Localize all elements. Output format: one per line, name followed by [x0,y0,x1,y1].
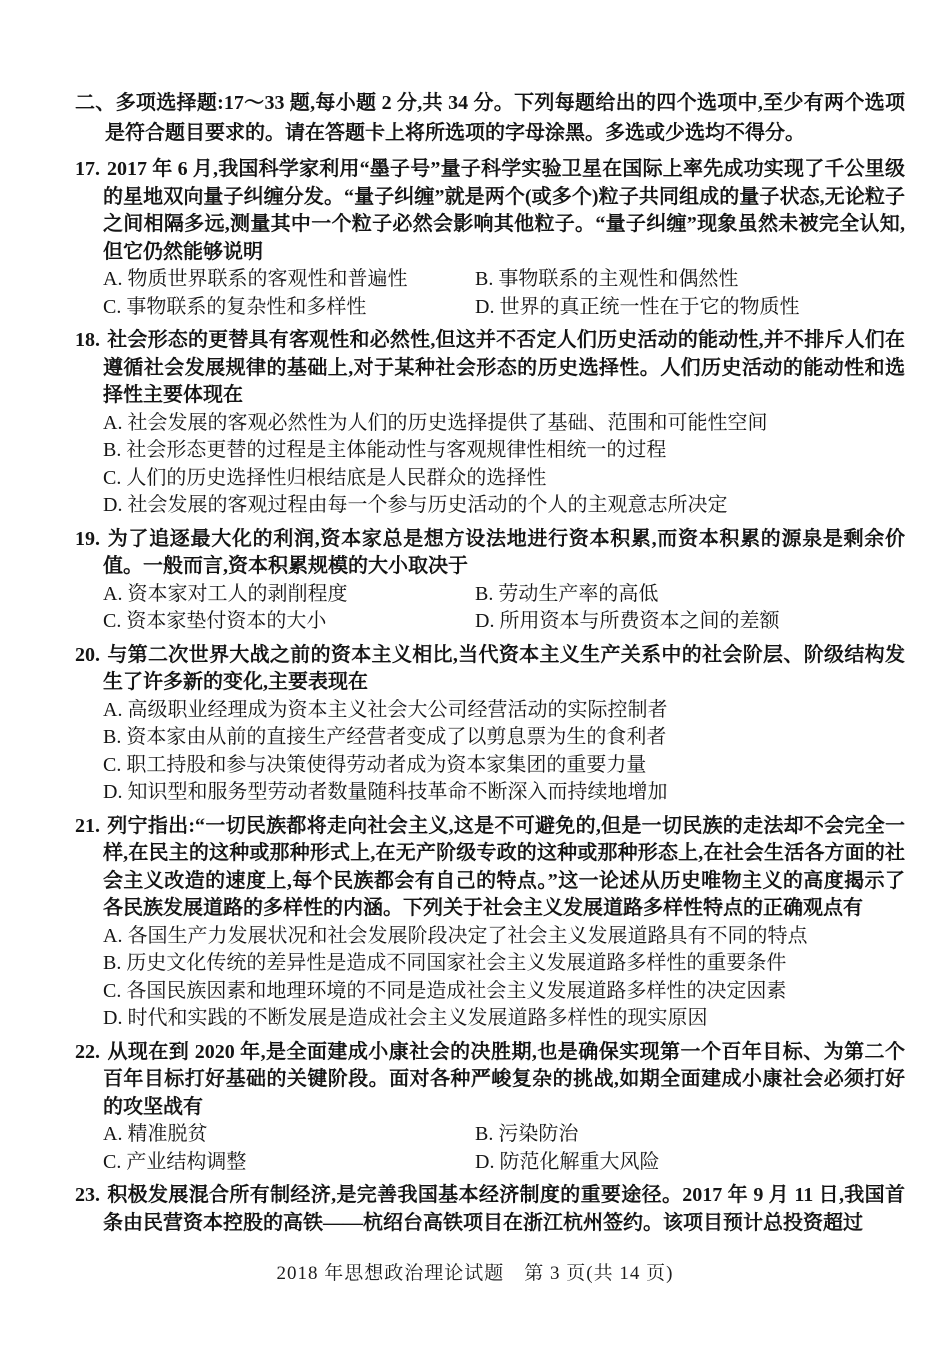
option-D: D.时代和实践的不断发展是造成社会主义发展道路多样性的现实原因 [103,1005,905,1033]
option-A: A.精准脱贫 [103,1121,475,1149]
option-D: D.所用资本与所费资本之间的差额 [475,608,905,636]
option-label: B. [103,439,126,461]
scanned-exam-page: { "colors": { "paper": "#ffffff", "ink":… [0,0,950,1358]
option-text: 污染防治 [498,1123,578,1145]
question-stem-text: 从现在到 2020 年,是全面建成小康社会的决胜期,也是确保实现第一个百年目标、… [103,1041,905,1118]
option-label: D. [475,296,499,318]
options: A.高级职业经理成为资本主义社会大公司经营活动的实际控制者B.资本家由从前的直接… [75,697,905,807]
option-label: A. [103,925,127,947]
question-number: 23. [75,1184,107,1206]
options: A.各国生产力发展状况和社会发展阶段决定了社会主义发展道路具有不同的特点B.历史… [75,923,905,1033]
option-label: C. [103,467,126,489]
option-B: B.社会形态更替的过程是主体能动性与客观规律性相统一的过程 [103,437,905,465]
option-label: B. [475,583,498,605]
option-label: B. [475,268,498,290]
question-stem-text: 列宁指出:“一切民族都将走向社会主义,这是不可避免的,但是一切民族的走法却不会完… [103,815,905,920]
page-footer: 2018 年思想政治理论试题 第 3 页(共 14 页) [0,1258,950,1285]
question-stem: 18.社会形态的更替具有客观性和必然性,但这并不否定人们历史活动的能动性,并不排… [75,327,905,410]
option-label: A. [103,412,127,434]
option-text: 高级职业经理成为资本主义社会大公司经营活动的实际控制者 [127,699,667,721]
exam-content: 二、多项选择题:17～33 题,每小题 2 分,共 34 分。下列每题给出的四个… [75,88,905,1243]
option-label: D. [103,781,127,803]
option-C: C.人们的历史选择性归根结底是人民群众的选择性 [103,465,905,493]
option-A: A.物质世界联系的客观性和普遍性 [103,266,475,294]
option-text: 产业结构调整 [126,1151,246,1173]
question-number: 17. [75,158,107,180]
option-B: B.事物联系的主观性和偶然性 [475,266,905,294]
question-number: 21. [75,815,107,837]
option-label: D. [103,1007,127,1029]
option-text: 世界的真正统一性在于它的物质性 [499,296,799,318]
option-label: A. [103,699,127,721]
option-C: C.职工持股和参与决策使得劳动者成为资本家集团的重要力量 [103,752,905,780]
option-text: 各国民族因素和地理环境的不同是造成社会主义发展道路多样性的决定因素 [126,980,786,1002]
option-label: C. [103,1151,126,1173]
question-stem: 21.列宁指出:“一切民族都将走向社会主义,这是不可避免的,但是一切民族的走法却… [75,813,905,923]
option-label: D. [475,1151,499,1173]
option-label: D. [475,610,499,632]
option-text: 各国生产力发展状况和社会发展阶段决定了社会主义发展道路具有不同的特点 [127,925,807,947]
option-text: 历史文化传统的差异性是造成不同国家社会主义发展道路多样性的重要条件 [126,952,786,974]
option-text: 资本家对工人的剥削程度 [127,583,347,605]
option-text: 人们的历史选择性归根结底是人民群众的选择性 [126,467,546,489]
option-text: 物质世界联系的客观性和普遍性 [127,268,407,290]
option-label: A. [103,268,127,290]
question-number: 20. [75,644,107,666]
option-text: 资本家由从前的直接生产经营者变成了以剪息票为生的食利者 [126,726,666,748]
option-text: 劳动生产率的高低 [498,583,658,605]
option-C: C.事物联系的复杂性和多样性 [103,294,475,322]
option-D: D.知识型和服务型劳动者数量随科技革命不断深入而持续地增加 [103,779,905,807]
question-23: 23.积极发展混合所有制经济,是完善我国基本经济制度的重要途径。2017 年 9… [75,1182,905,1237]
question-list: 17.2017 年 6 月,我国科学家利用“墨子号”量子科学实验卫星在国际上率先… [75,156,905,1237]
question-stem-text: 与第二次世界大战之前的资本主义相比,当代资本主义生产关系中的社会阶层、阶级结构发… [103,644,905,694]
option-text: 社会发展的客观过程由每一个参与历史活动的个人的主观意志所决定 [127,494,727,516]
option-B: B.劳动生产率的高低 [475,581,905,609]
option-C: C.产业结构调整 [103,1149,475,1177]
question-stem-text: 2017 年 6 月,我国科学家利用“墨子号”量子科学实验卫星在国际上率先成功实… [103,158,905,263]
option-D: D.社会发展的客观过程由每一个参与历史活动的个人的主观意志所决定 [103,492,905,520]
option-text: 事物联系的复杂性和多样性 [126,296,366,318]
option-text: 资本家垫付资本的大小 [126,610,326,632]
option-C: C.资本家垫付资本的大小 [103,608,475,636]
section-header: 二、多项选择题:17～33 题,每小题 2 分,共 34 分。下列每题给出的四个… [75,88,905,148]
option-D: D.防范化解重大风险 [475,1149,905,1177]
option-text: 时代和实践的不断发展是造成社会主义发展道路多样性的现实原因 [127,1007,707,1029]
option-A: A.资本家对工人的剥削程度 [103,581,475,609]
question-19: 19.为了追逐最大化的利润,资本家总是想方设法地进行资本积累,而资本积累的源泉是… [75,526,905,636]
option-text: 社会形态更替的过程是主体能动性与客观规律性相统一的过程 [126,439,666,461]
option-B: B.历史文化传统的差异性是造成不同国家社会主义发展道路多样性的重要条件 [103,950,905,978]
question-stem-text: 社会形态的更替具有客观性和必然性,但这并不否定人们历史活动的能动性,并不排斥人们… [103,329,905,406]
option-text: 知识型和服务型劳动者数量随科技革命不断深入而持续地增加 [127,781,667,803]
option-text: 精准脱贫 [127,1123,207,1145]
option-C: C.各国民族因素和地理环境的不同是造成社会主义发展道路多样性的决定因素 [103,978,905,1006]
option-label: C. [103,610,126,632]
question-21: 21.列宁指出:“一切民族都将走向社会主义,这是不可避免的,但是一切民族的走法却… [75,813,905,1033]
options: A.社会发展的客观必然性为人们的历史选择提供了基础、范围和可能性空间B.社会形态… [75,410,905,520]
question-20: 20.与第二次世界大战之前的资本主义相比,当代资本主义生产关系中的社会阶层、阶级… [75,642,905,807]
option-A: A.各国生产力发展状况和社会发展阶段决定了社会主义发展道路具有不同的特点 [103,923,905,951]
option-label: A. [103,1123,127,1145]
question-stem: 20.与第二次世界大战之前的资本主义相比,当代资本主义生产关系中的社会阶层、阶级… [75,642,905,697]
option-A: A.社会发展的客观必然性为人们的历史选择提供了基础、范围和可能性空间 [103,410,905,438]
question-stem: 22.从现在到 2020 年,是全面建成小康社会的决胜期,也是确保实现第一个百年… [75,1039,905,1122]
option-text: 社会发展的客观必然性为人们的历史选择提供了基础、范围和可能性空间 [127,412,767,434]
option-B: B.资本家由从前的直接生产经营者变成了以剪息票为生的食利者 [103,724,905,752]
option-B: B.污染防治 [475,1121,905,1149]
question-stem-text: 积极发展混合所有制经济,是完善我国基本经济制度的重要途径。2017 年 9 月 … [103,1184,905,1234]
question-22: 22.从现在到 2020 年,是全面建成小康社会的决胜期,也是确保实现第一个百年… [75,1039,905,1177]
option-label: C. [103,980,126,1002]
option-text: 所用资本与所费资本之间的差额 [499,610,779,632]
question-18: 18.社会形态的更替具有客观性和必然性,但这并不否定人们历史活动的能动性,并不排… [75,327,905,520]
option-A: A.高级职业经理成为资本主义社会大公司经营活动的实际控制者 [103,697,905,725]
options: A.精准脱贫B.污染防治C.产业结构调整D.防范化解重大风险 [75,1121,905,1176]
question-stem: 17.2017 年 6 月,我国科学家利用“墨子号”量子科学实验卫星在国际上率先… [75,156,905,266]
option-text: 事物联系的主观性和偶然性 [498,268,738,290]
question-stem: 23.积极发展混合所有制经济,是完善我国基本经济制度的重要途径。2017 年 9… [75,1182,905,1237]
option-label: B. [103,726,126,748]
option-D: D.世界的真正统一性在于它的物质性 [475,294,905,322]
option-text: 防范化解重大风险 [499,1151,659,1173]
options: A.物质世界联系的客观性和普遍性B.事物联系的主观性和偶然性C.事物联系的复杂性… [75,266,905,321]
option-label: A. [103,583,127,605]
option-label: C. [103,296,126,318]
question-17: 17.2017 年 6 月,我国科学家利用“墨子号”量子科学实验卫星在国际上率先… [75,156,905,321]
question-number: 22. [75,1041,107,1063]
question-stem: 19.为了追逐最大化的利润,资本家总是想方设法地进行资本积累,而资本积累的源泉是… [75,526,905,581]
option-label: B. [103,952,126,974]
option-label: D. [103,494,127,516]
option-label: C. [103,754,126,776]
question-number: 18. [75,329,107,351]
option-label: B. [475,1123,498,1145]
option-text: 职工持股和参与决策使得劳动者成为资本家集团的重要力量 [126,754,646,776]
question-number: 19. [75,528,107,550]
question-stem-text: 为了追逐最大化的利润,资本家总是想方设法地进行资本积累,而资本积累的源泉是剩余价… [103,528,905,578]
options: A.资本家对工人的剥削程度B.劳动生产率的高低C.资本家垫付资本的大小D.所用资… [75,581,905,636]
